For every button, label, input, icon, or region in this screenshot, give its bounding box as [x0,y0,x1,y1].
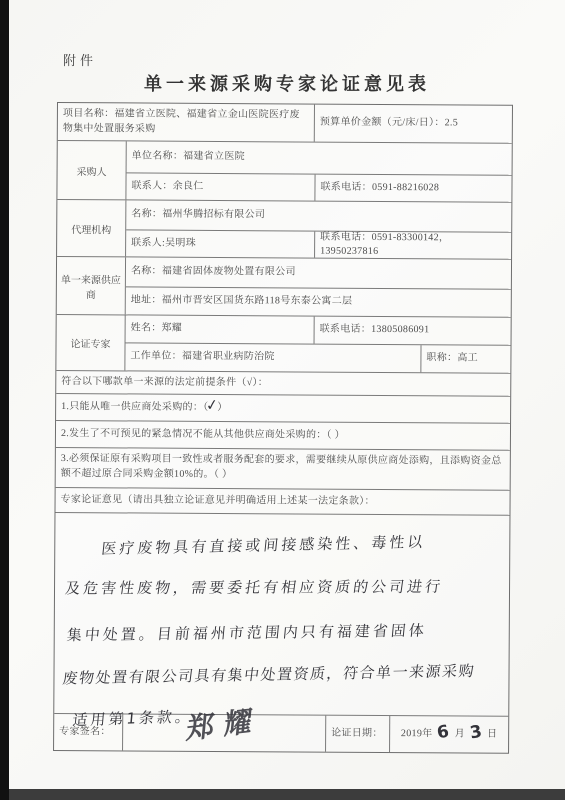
row-opinion-header: 专家论证意见（请出具独立论证意见并明确适用上述某一法定条款）： [55,488,509,516]
handwritten-check-mark: ✓ [205,394,221,417]
budget-price-cell: 预算单价金额（元/床/日）：2.5 [315,105,512,143]
handwritten-line: 及危害性废物，需要委托有相应资质的公司进行 [64,576,507,600]
handwritten-line: 集中处置。目前福州市范围内只有福建省固体 [66,619,506,647]
date-cell: 2019年 6 月 3 日 [390,716,508,753]
row-project: 项目名称：福建省立医院、福建省立金山医院医疗废物集中处置服务采购 预算单价金额（… [58,103,512,144]
month-unit: 月 [455,727,465,742]
purchaser-phone: 联系电话：0591-88216028 [315,175,511,202]
form-table: 项目名称：福建省立医院、福建省立金山医院医疗废物集中处置服务采购 预算单价金额（… [53,102,513,754]
agency-name: 名称：福州华腾招标有限公司 [126,200,511,231]
signature-cell: 郑耀 [123,714,326,751]
purchaser-label: 采购人 [57,141,126,199]
day-unit: 日 [487,727,497,742]
opinion-header: 专家论证意见（请出具独立论证意见并明确适用上述某一法定条款）： [55,488,509,515]
supplier-name: 名称：福建省固体废物处置有限公司 [126,257,511,288]
date-year: 2019年 [401,727,433,742]
supplier-address: 地址：福州市晋安区国货东路118号东泰公寓二层 [126,287,511,316]
scanned-document-page: 附件 单一来源采购专家论证意见表 项目名称：福建省立医院、福建省立金山医院医疗废… [9,0,565,789]
purchaser-contact: 联系人：余良仁 [126,173,315,200]
row-conditions-header: 符合以下哪款单一来源的法定前提条件（√）： [56,371,510,397]
conditions-header: 符合以下哪款单一来源的法定前提条件（√）： [56,371,510,396]
handwritten-line: 废物处置有限公司具有集中处置资质，符合单一来源采购 [61,661,506,691]
attachment-label: 附件 [63,50,97,69]
row-condition-2: 2.发生了不可预见的紧急情况不能从其他供应商处采购的：（ ） [56,421,510,451]
agency-label: 代理机构 [57,200,126,256]
condition-1-text: 1.只能从唯一供应商处采购的：（ [61,400,208,415]
handwritten-signature: 郑耀 [185,700,264,750]
expert-work-unit: 工作单位：福建省职业病防治院 [125,343,421,372]
expert-name: 姓名：郑耀 [126,315,315,343]
row-expert: 论证专家 姓名：郑耀 联系电话：13805086091 工作单位：福建省职业病防… [56,315,510,374]
expert-phone: 联系电话：13805086091 [315,317,511,345]
condition-2: 2.发生了不可预见的紧急情况不能从其他供应商处采购的：（ ） [56,421,510,450]
handwritten-line: 医疗废物具有直接或间接感染性、毒性以 [100,530,506,561]
purchaser-unit: 单位名称：福建省立医院 [127,141,512,174]
condition-1: 1.只能从唯一供应商处采购的：（✓） [56,394,510,423]
scan-edge-bottom [9,789,565,800]
agency-contact: 联系人:吴明珠 [126,230,315,257]
row-supplier: 单一来源供应商 名称：福建省固体废物处置有限公司 地址：福州市晋安区国货东路11… [57,257,511,318]
row-condition-3: 3.必须保证原有采购项目一致性或者服务配套的要求，需要继续从原供应商处添购，且添… [56,448,510,491]
row-purchaser: 采购人 单位名称：福建省立医院 联系人：余良仁 联系电话：0591-882160… [57,141,511,203]
row-condition-1: 1.只能从唯一供应商处采购的：（✓） [56,394,510,424]
row-agency: 代理机构 名称：福州华腾招标有限公司 联系人:吴明珠 联系电话：0591-833… [57,200,511,260]
handwritten-day: 3 [468,719,484,745]
handwritten-month: 6 [435,719,451,745]
handwritten-opinion: 医疗废物具有直接或间接感染性、毒性以 及危害性废物，需要委托有相应资质的公司进行… [54,513,509,716]
expert-label: 论证专家 [56,315,125,370]
project-name-cell: 项目名称：福建省立医院、福建省立金山医院医疗废物集中处置服务采购 [58,103,315,142]
document-title: 单一来源采购专家论证意见表 [9,70,565,96]
supplier-label: 单一来源供应商 [57,257,126,314]
agency-phone: 联系电话：0591-83300142，13950237816 [315,232,511,259]
condition-3: 3.必须保证原有采购项目一致性或者服务配套的要求，需要继续从原供应商处添购，且添… [56,448,510,490]
scan-edge-left [0,0,9,800]
expert-job-title: 职称：高工 [421,345,510,373]
row-opinion-body: 医疗废物具有直接或间接感染性、毒性以 及危害性废物，需要委托有相应资质的公司进行… [54,513,509,717]
